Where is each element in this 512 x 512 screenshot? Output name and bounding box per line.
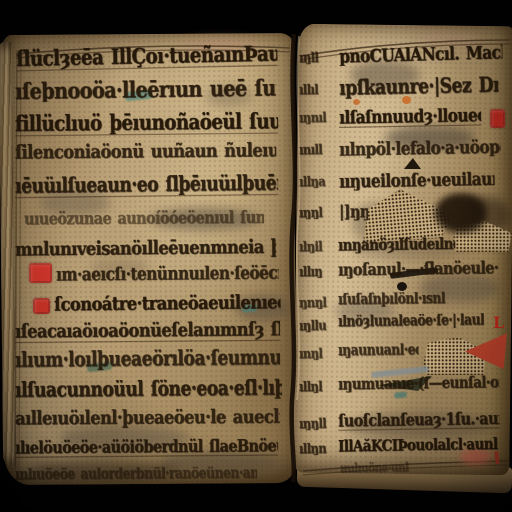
left-page [1,33,296,485]
manuscript-photo: L ſlüclȝeēa IllÇoı·tueñaınÞaueēd ſco uıl… [0,0,512,512]
parchment-texture [293,24,512,476]
parchment-texture [1,33,296,485]
right-page [293,24,512,476]
